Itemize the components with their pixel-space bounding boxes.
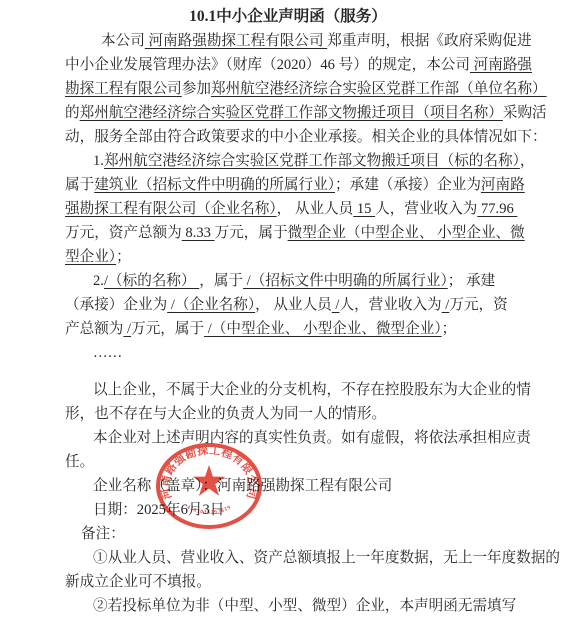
underlined-field: 77.96 [477, 201, 517, 217]
doc-line-2: 中小企业发展管理办法》（财库（2020）46 号）的规定，本公司 河南路强 [65, 53, 511, 77]
text-segment: 万元，资产总额为 [65, 225, 182, 241]
text-segment: 形，也不存在与大企业的负责人为同一人的情形。 [65, 406, 386, 422]
text-segment: ， 从业人员 [277, 201, 354, 217]
text-segment: 万元，资 [449, 297, 507, 313]
doc-line-12: （承接）企业为 /（企业名称）， 从业人员 /人，营业收入为 /万元，资 [65, 293, 511, 317]
text-segment: 以上企业，不属于大企业的分支机构，不存在控股股东为大企业的情 [93, 382, 531, 398]
underlined-field: 建筑业（招标文件中明确的所属行业） [94, 177, 335, 193]
doc-line-16: 形，也不存在与大企业的负责人为同一人的情形。 [65, 402, 511, 426]
doc-line-13: 产总额为 /万元，属于 /（中型企业、 小型企业、微型企业）； [65, 317, 511, 341]
underlined-field: 郑州航空港经济综合实验区党群工作部文物搬迁项目（项目名称） [80, 105, 503, 121]
doc-line-23: 新成立企业可不填报。 [65, 570, 511, 594]
text-segment: 2. [93, 273, 104, 289]
text-segment: 万元，属于 [131, 321, 204, 337]
underlined-field: 河南路 [481, 177, 525, 193]
underlined-field: 15 [353, 201, 375, 217]
doc-line-8: 强勘探工程有限公司（企业名称）， 从业人员 15 人，营业收入为 77.96 [65, 197, 511, 221]
underlined-field: /（招标文件中明确的所属行业） [243, 273, 448, 289]
text-segment: ，属于 [199, 273, 243, 289]
text-segment: ， 从业人员 [255, 297, 332, 313]
doc-line-20: 日期：2025年6月3日 [65, 498, 511, 522]
text-segment: ； [442, 321, 457, 337]
declaration-document: 10.1中小企业声明函（服务） 本公司 河南路强勘探工程有限公司 郑重声明，根据… [65, 6, 511, 618]
underlined-field: 河南路强勘探工程有限公司 [145, 33, 327, 49]
text-segment: 属于 [65, 177, 94, 193]
text-segment: 本企业对上述声明内容的真实性负责。如有虚假，将依法承担相应责 [93, 430, 531, 446]
underlined-field: /（企业名称） [167, 297, 255, 313]
text-segment: 参加 [182, 81, 211, 97]
doc-line-21: 备注： [65, 522, 511, 546]
text-segment: ； [116, 249, 131, 265]
underlined-field: 河南路强 [470, 57, 532, 73]
doc-line-17: 本企业对上述声明内容的真实性负责。如有虚假，将依法承担相应责 [65, 426, 511, 450]
text-segment: ①从业人员、营业收入、资产总额填报上一年度数据，无上一年度数据的 [93, 550, 560, 566]
doc-title: 10.1中小企业声明函（服务） [65, 6, 511, 29]
text-segment: 万元，属于 [215, 225, 288, 241]
underlined-field: 勘探工程有限公司 [65, 81, 182, 97]
text-segment: ②若投标单位为非（中型、小型、微型）企业，本声明函无需填写 [93, 598, 516, 614]
doc-line-3: 勘探工程有限公司参加郑州航空港经济综合实验区党群工作部（单位名称） [65, 77, 511, 101]
underlined-field: 微型企业（中型企业、 小型企业、微 [288, 225, 525, 241]
underlined-field: 型企业） [65, 249, 116, 265]
doc-line-4: 的郑州航空港经济综合实验区党群工作部文物搬迁项目（项目名称）采购活 [65, 101, 511, 125]
doc-line-19: 企业名称（盖章）：河南路强勘探工程有限公司 [65, 474, 511, 498]
text-segment: 备注： [81, 526, 125, 542]
doc-line-9: 万元，资产总额为 8.33 万元，属于微型企业（中型企业、 小型企业、微 [65, 221, 511, 245]
doc-line-11: 2./（标的名称） ，属于 /（招标文件中明确的所属行业）； 承建 [65, 269, 511, 293]
text-segment: 产总额为 [65, 321, 123, 337]
doc-line-6: 1.郑州航空港经济综合实验区党群工作部文物搬迁项目（标的名称）， [65, 149, 511, 173]
text-segment: 新成立企业可不填报。 [65, 574, 211, 590]
text-segment: 1. [93, 153, 104, 169]
text-segment: （承接）企业为 [65, 297, 167, 313]
text-segment: ； 承建 [448, 273, 495, 289]
doc-line-15: 以上企业，不属于大企业的分支机构，不存在控股股东为大企业的情 [65, 378, 511, 402]
doc-line-22: ①从业人员、营业收入、资产总额填报上一年度数据，无上一年度数据的 [65, 546, 511, 570]
text-segment: 企业名称（盖章）：河南路强勘探工程有限公司 [93, 478, 392, 494]
text-segment: 郑重声明，根据《政府采购促进 [327, 33, 531, 49]
text-segment: 中小企业发展管理办法》（财库（2020）46 号）的规定，本公司 [65, 57, 470, 73]
underlined-field: 强勘探工程有限公司（企业名称） [65, 201, 277, 217]
underlined-field: 8.33 [182, 225, 215, 241]
doc-line-7: 属于建筑业（招标文件中明确的所属行业）；承建（承接）企业为河南路 [65, 173, 511, 197]
text-segment: ；承建（承接）企业为 [335, 177, 481, 193]
underlined-field: /（中型企业、 小型企业、微型企业） [204, 321, 442, 337]
text-segment: ， [520, 153, 535, 169]
text-segment: 日期：2025年6月3日 [93, 502, 224, 518]
doc-lines: 本公司 河南路强勘探工程有限公司 郑重声明，根据《政府采购促进中小企业发展管理办… [65, 29, 511, 618]
doc-line-10: 型企业）； [65, 245, 511, 269]
text-segment: 人，营业收入为 [375, 201, 477, 217]
text-segment: …… [93, 345, 122, 361]
text-segment: 的 [65, 105, 80, 121]
doc-line-14: …… [65, 341, 511, 365]
doc-line-24: ②若投标单位为非（中型、小型、微型）企业，本声明函无需填写 [65, 594, 511, 618]
underlined-field: 郑州航空港经济综合实验区党群工作部文物搬迁项目（标的名称） [104, 153, 520, 169]
doc-line-18: 任。 [65, 450, 511, 474]
doc-line-5: 动，服务全部由符合政策要求的中小企业承接。相关企业的具体情况如下： [65, 125, 511, 149]
text-segment: 采购活 [503, 105, 547, 121]
text-segment: 动，服务全部由符合政策要求的中小企业承接。相关企业的具体情况如下： [65, 129, 547, 145]
text-segment: 本公司 [101, 33, 145, 49]
text-segment: 人，营业收入为 [339, 297, 441, 313]
underlined-field: / [123, 321, 131, 337]
underlined-field: 郑州航空港经济综合实验区党群工作部（单位名称） [211, 81, 547, 97]
doc-line-1: 本公司 河南路强勘探工程有限公司 郑重声明，根据《政府采购促进 [65, 29, 511, 53]
text-segment: 任。 [65, 454, 94, 470]
underlined-field: /（标的名称） [104, 273, 199, 289]
